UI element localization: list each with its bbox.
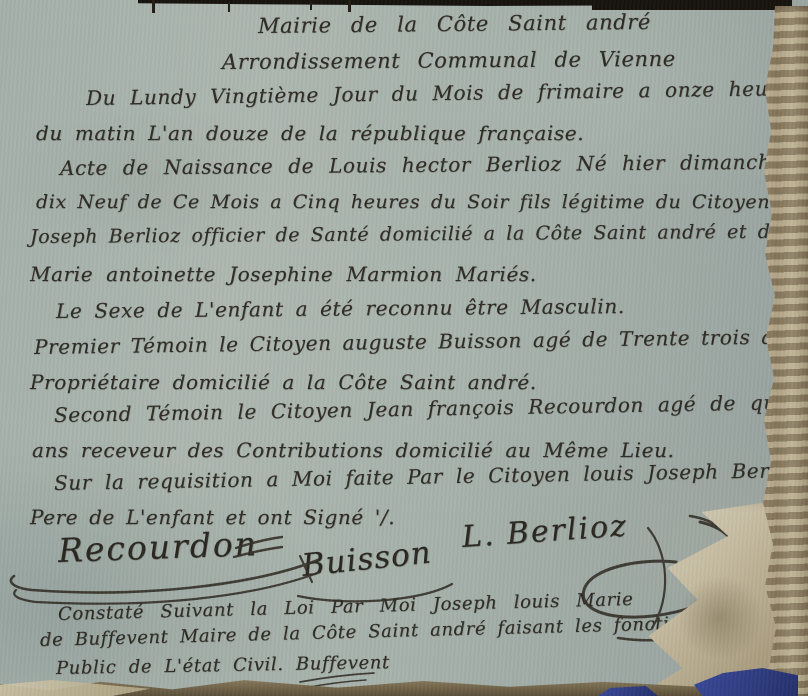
- manuscript-line: Joseph Berlioz officier de Santé domicil…: [30, 221, 782, 248]
- header-line-2: Arrondissement Communal de Vienne: [222, 47, 676, 74]
- manuscript-line: Propriétaire domicilié a la Côte Saint a…: [30, 370, 537, 394]
- signature-buisson: Buisson: [300, 534, 433, 583]
- top-mark: [228, 2, 230, 12]
- top-page-edge-thick: [592, 0, 792, 10]
- manuscript-line: Acte de Naissance de Louis hector Berlio…: [60, 150, 784, 180]
- manuscript-line: Second Témoin le Citoyen Jean françois R…: [54, 389, 808, 427]
- top-mark: [152, 0, 155, 13]
- manuscript-line: Du Lundy Vingtième Jour du Mois de frima…: [86, 76, 802, 110]
- manuscript-line: Marie antoinette Josephine Marmion Marié…: [30, 262, 537, 286]
- top-mark: [310, 1, 312, 10]
- document-photo: Mairie de la Côte Saint andré Arrondisse…: [0, 0, 808, 696]
- manuscript-line: ans receveur des Contributions domicilié…: [32, 438, 675, 462]
- header-line-1: Mairie de la Côte Saint andré: [258, 10, 651, 38]
- signature-recourdon: Recourdon: [57, 524, 258, 570]
- manuscript-line: Premier Témoin le Citoyen auguste Buisso…: [34, 324, 798, 359]
- manuscript-line: Sur la requisition a Moi faite Par le Ci…: [54, 458, 808, 495]
- top-mark: [348, 0, 351, 12]
- footer-line: Public de L'état Civil. Buffevent: [56, 652, 390, 679]
- manuscript-line: du matin L'an douze de la république fra…: [36, 121, 584, 145]
- manuscript-line: Le Sexe de L'enfant a été reconnu être M…: [56, 294, 625, 323]
- manuscript-line: dix Neuf de Ce Mois a Cinq heures du Soi…: [36, 191, 808, 213]
- signature-berlioz: L. Berlioz: [461, 508, 629, 555]
- crumple-shadow: [660, 558, 780, 678]
